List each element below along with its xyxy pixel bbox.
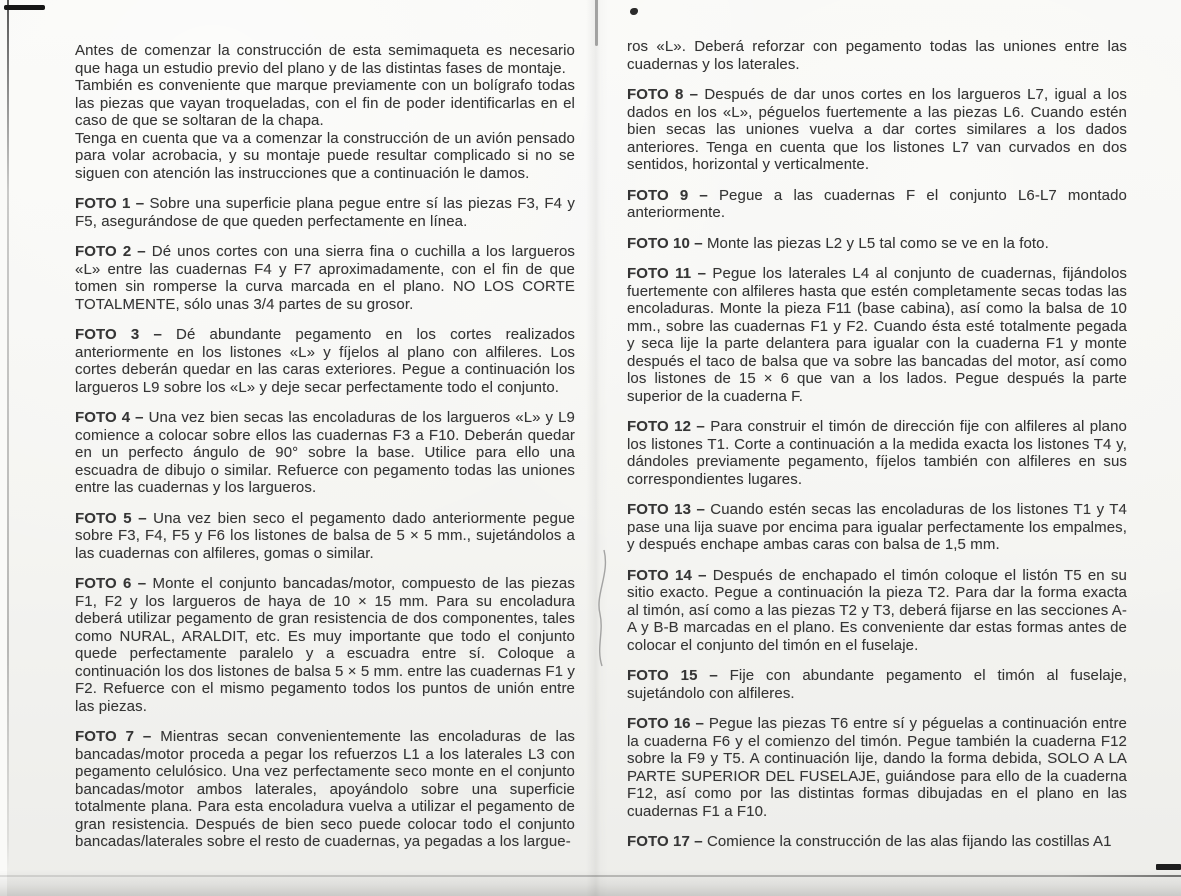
section-foto-10: FOTO 10 – Monte las piezas L2 y L5 tal c…: [627, 235, 1127, 253]
left-scan-edge-line: [7, 0, 9, 868]
intro-paragraph-2: También es conveniente que marque previa…: [75, 77, 575, 130]
right-page: ros «L». Deberá reforzar con pegamento t…: [627, 38, 1127, 851]
foto-11-text: Pegue los laterales L4 al conjunto de cu…: [627, 265, 1127, 405]
foto-2-text: Dé unos cortes con una sierra fina o cuc…: [75, 243, 575, 313]
section-foto-3: FOTO 3 – Dé abundante pegamento en los c…: [75, 326, 575, 396]
foto-10-label: FOTO 10 –: [627, 235, 703, 252]
section-foto-11: FOTO 11 – Pegue los laterales L4 al conj…: [627, 265, 1127, 405]
gutter-fold-line: [595, 0, 598, 46]
fold-crease-line: [592, 548, 614, 670]
continuation-paragraph: ros «L». Deberá reforzar con pegamento t…: [627, 38, 1127, 73]
ink-mark-bottom-right: [1156, 864, 1181, 870]
foto-3-label: FOTO 3 –: [75, 326, 162, 343]
foto-6-label: FOTO 6 –: [75, 575, 146, 592]
foto-1-text: Sobre una superficie plana pegue entre s…: [75, 195, 575, 230]
section-foto-17: FOTO 17 – Comience la construcción de la…: [627, 833, 1127, 851]
foto-8-label: FOTO 8 –: [627, 86, 698, 103]
section-foto-15: FOTO 15 – Fije con abundante pegamento e…: [627, 667, 1127, 702]
foto-12-label: FOTO 12 –: [627, 418, 705, 435]
section-foto-9: FOTO 9 – Pegue a las cuadernas F el conj…: [627, 187, 1127, 222]
section-foto-4: FOTO 4 – Una vez bien secas las encoladu…: [75, 409, 575, 497]
scanned-booklet-spread: Antes de comenzar la construcción de est…: [0, 0, 1181, 896]
foto-16-label: FOTO 16 –: [627, 715, 704, 732]
section-foto-1: FOTO 1 – Sobre una superficie plana pegu…: [75, 195, 575, 230]
foto-8-text: Después de dar unos cortes en los largue…: [627, 86, 1127, 173]
left-page-edge-highlight: [0, 0, 7, 896]
section-foto-16: FOTO 16 – Pegue las piezas T6 entre sí y…: [627, 715, 1127, 820]
section-foto-7: FOTO 7 – Mientras secan convenientemente…: [75, 728, 575, 851]
foto-10-text: Monte las piezas L2 y L5 tal como se ve …: [707, 235, 1049, 252]
foto-4-text: Una vez bien secas las encoladuras de lo…: [75, 409, 575, 496]
foto-5-text: Una vez bien seco el pegamento dado ante…: [75, 510, 575, 562]
foto-5-label: FOTO 5 –: [75, 510, 147, 527]
section-foto-6: FOTO 6 – Monte el conjunto bancadas/moto…: [75, 575, 575, 715]
foto-2-label: FOTO 2 –: [75, 243, 146, 260]
foto-7-text: Mientras secan convenientemente las enco…: [75, 728, 575, 850]
foto-15-label: FOTO 15 –: [627, 667, 718, 684]
foto-9-label: FOTO 9 –: [627, 187, 708, 204]
section-foto-5: FOTO 5 – Una vez bien seco el pegamento …: [75, 510, 575, 563]
section-foto-8: FOTO 8 – Después de dar unos cortes en l…: [627, 86, 1127, 174]
foto-14-label: FOTO 14 –: [627, 567, 707, 584]
intro-paragraph-3: Tenga en cuenta que va a comenzar la con…: [75, 130, 575, 183]
page-gutter-shadow: [586, 0, 608, 896]
bottom-edge-line: [0, 875, 1181, 877]
bottom-edge-shadow: [0, 870, 1181, 896]
foto-6-text: Monte el conjunto bancadas/motor, compue…: [75, 575, 575, 715]
foto-4-label: FOTO 4 –: [75, 409, 144, 426]
foto-17-text: Comience la construcción de las alas fij…: [707, 833, 1112, 850]
foto-11-label: FOTO 11 –: [627, 265, 706, 282]
foto-13-label: FOTO 13 –: [627, 501, 705, 518]
section-foto-14: FOTO 14 – Después de enchapado el timón …: [627, 567, 1127, 655]
foto-1-label: FOTO 1 –: [75, 195, 144, 212]
foto-17-label: FOTO 17 –: [627, 833, 703, 850]
ink-dot-top-center: [630, 8, 638, 15]
section-foto-13: FOTO 13 – Cuando estén secas las encolad…: [627, 501, 1127, 554]
foto-7-label: FOTO 7 –: [75, 728, 151, 745]
section-foto-2: FOTO 2 – Dé unos cortes con una sierra f…: [75, 243, 575, 313]
section-foto-12: FOTO 12 – Para construir el timón de dir…: [627, 418, 1127, 488]
ink-mark-top-left: [4, 5, 45, 10]
intro-paragraph-1: Antes de comenzar la construcción de est…: [75, 42, 575, 77]
left-page: Antes de comenzar la construcción de est…: [75, 42, 575, 851]
